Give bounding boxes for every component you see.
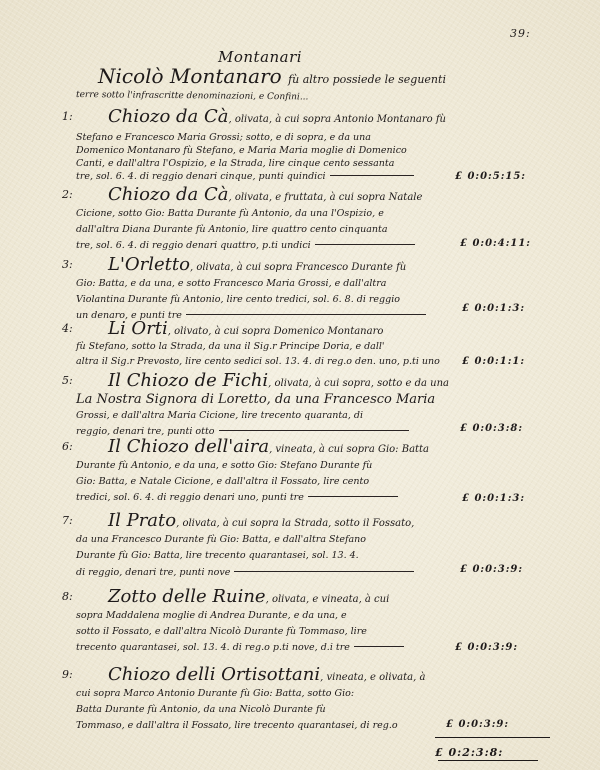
sum-rule-top	[435, 737, 550, 738]
entry-title-line: Zotto delle Ruine, olivata, e vineata, à…	[108, 586, 389, 607]
entry-title-rest: , olivata, à cui sopra, sotto e da una	[268, 378, 449, 389]
entry-title: Zotto delle Ruine	[108, 586, 266, 607]
entry-5-amount: £ 0:0:3:8:	[460, 423, 523, 434]
entry-title-rest: , olivata, à cui sopra la Strada, sotto …	[176, 518, 414, 529]
entry-2-amount: £ 0:0:4:11:	[460, 238, 531, 249]
entry-title-line: Il Chiozo dell'aira, vineata, à cui sopr…	[108, 436, 429, 457]
entry-line: Gio: Batta, e Natale Cicione, e dall'alt…	[76, 476, 369, 487]
entry-title: Chiozo da Cà	[108, 184, 228, 205]
entry-title-rest: , olivata, à cui sopra Antonio Montanaro…	[228, 114, 446, 125]
entry-number: 5:	[62, 374, 73, 387]
entry-line: La Nostra Signora di Loretto, da una Fra…	[76, 392, 435, 407]
entry-title-rest: , vineata, e olivata, à	[320, 672, 425, 683]
entry-title-line: Il Chiozo de Fichi, olivata, à cui sopra…	[108, 370, 449, 391]
entry-title-rest: , olivata, à cui sopra Francesco Durante…	[190, 262, 406, 273]
entry-line: Stefano e Francesco Maria Grossi; sotto,…	[76, 132, 371, 143]
entry-line: tre, sol. 6. 4. di reggio denari quattro…	[76, 240, 311, 251]
entry-title-line: L'Orletto, olivata, à cui sopra Francesc…	[108, 254, 406, 275]
entry-line: cui sopra Marco Antonio Durante fù Gio: …	[76, 688, 354, 699]
entry-number: 1:	[62, 110, 73, 123]
entry-line: altra il Sig.r Prevosto, lire cento sedi…	[76, 356, 440, 367]
entry-line: tre, sol. 6. 4. di reggio denari cinque,…	[76, 171, 326, 182]
entry-title-rest: , vineata, à cui sopra Gio: Batta	[269, 444, 429, 455]
entry-number: 4:	[62, 322, 73, 335]
entry-1-amount: £ 0:0:5:15:	[455, 171, 526, 182]
entry-title-line: Li Orti, olivato, à cui sopra Domenico M…	[108, 318, 383, 339]
entry-4-amount: £ 0:0:1:1:	[462, 356, 525, 367]
entry-3-amount: £ 0:0:1:3:	[462, 303, 525, 314]
leader-rule	[354, 646, 404, 647]
entry-title-line: Chiozo da Cà, olivata, e fruttata, à cui…	[108, 184, 422, 205]
entry-8-amount: £ 0:0:3:9:	[455, 642, 518, 653]
entry-line: Tommaso, e dall'altra il Fossato, lire t…	[76, 720, 398, 731]
entry-title: Il Prato	[108, 510, 176, 531]
entry-number: 3:	[62, 258, 73, 271]
entry-line: Durante fù Gio: Batta, lire trecento qua…	[76, 550, 359, 561]
entry-title-rest: , olivata, e vineata, à cui	[266, 594, 390, 605]
entry-title: Li Orti	[108, 318, 168, 339]
entry-title: Il Chiozo dell'aira	[108, 436, 269, 457]
entry-9-amount: £ 0:0:3:9:	[446, 719, 509, 730]
leader-rule	[330, 175, 414, 176]
entry-line: sopra Maddalena moglie di Andrea Durante…	[76, 610, 347, 621]
leader-rule	[315, 244, 415, 245]
entry-amount-line: tre, sol. 6. 4. di reggio denari cinque,…	[76, 171, 418, 182]
entry-line: Durante fù Antonio, e da una, e sotto Gi…	[76, 460, 372, 471]
entry-title-line: Chiozo delli Ortisottani, vineata, e oli…	[108, 664, 425, 685]
entry-amount-line: di reggio, denari tre, punti nove	[76, 567, 418, 578]
entry-line: sotto il Fossato, e dall'altra Nicolò Du…	[76, 626, 367, 637]
leader-rule	[234, 571, 414, 572]
entry-title-line: Il Prato, olivata, à cui sopra la Strada…	[108, 510, 414, 531]
entry-title: L'Orletto	[108, 254, 190, 275]
owner-name: Nicolò Montanaro	[98, 64, 282, 88]
entry-line: Batta Durante fù Antonio, da una Nicolò …	[76, 704, 326, 715]
sum-rule-bottom	[438, 760, 538, 761]
leader-rule	[186, 314, 426, 315]
leader-rule	[219, 430, 409, 431]
entry-title: Il Chiozo de Fichi	[108, 370, 268, 391]
entry-line: trecento quarantasei, sol. 13. 4. di reg…	[76, 642, 350, 653]
entry-line: di reggio, denari tre, punti nove	[76, 567, 230, 578]
page-number: 39:	[510, 27, 531, 40]
entry-line: Gio: Batta, e da una, e sotto Francesco …	[76, 278, 386, 289]
entry-number: 6:	[62, 440, 73, 453]
entry-title-rest: , olivata, e fruttata, à cui sopra Natal…	[228, 192, 422, 203]
entry-title-rest: , olivato, à cui sopra Domenico Montanar…	[168, 326, 384, 337]
entry-line: dall'altra Diana Durante fù Antonio, lir…	[76, 224, 388, 235]
entry-6-amount: £ 0:0:1:3:	[462, 493, 525, 504]
entry-number: 2:	[62, 188, 73, 201]
entry-amount-line: tredici, sol. 6. 4. di reggio denari uno…	[76, 492, 402, 503]
entry-title-line: Chiozo da Cà, olivata, à cui sopra Anton…	[108, 106, 446, 127]
entry-line: Grossi, e dall'altra Maria Cicione, lire…	[76, 410, 363, 421]
page-total: £ 0:2:3:8:	[435, 746, 503, 759]
entry-line: da una Francesco Durante fù Gio: Batta, …	[76, 534, 366, 545]
entry-line: Violantina Durante fù Antonio, lire cent…	[76, 294, 400, 305]
manuscript-page: 39: Montanari Nicolò Montanaro fù altro …	[0, 0, 600, 770]
entry-number: 7:	[62, 514, 73, 527]
owner-heading-rest: fù altro possiede le seguenti	[288, 73, 446, 86]
entry-line: Canti, e dall'altra l'Ospizio, e la Stra…	[76, 158, 394, 169]
entry-title: Chiozo delli Ortisottani	[108, 664, 320, 685]
entry-title: Chiozo da Cà	[108, 106, 228, 127]
entry-line: tredici, sol. 6. 4. di reggio denari uno…	[76, 492, 304, 503]
entry-number: 9:	[62, 668, 73, 681]
owner-heading: Nicolò Montanaro fù altro possiede le se…	[98, 64, 446, 88]
entry-amount-line: trecento quarantasei, sol. 13. 4. di reg…	[76, 642, 408, 653]
intro-line: terre sotto l'infrascritte denominazioni…	[76, 90, 309, 102]
leader-rule	[308, 496, 398, 497]
entry-line: Cicione, sotto Gio: Batta Durante fù Ant…	[76, 208, 384, 219]
entry-line: Domenico Montanaro fù Stefano, e Maria M…	[76, 145, 407, 156]
entry-line: fù Stefano, sotto la Strada, da una il S…	[76, 341, 385, 352]
entry-7-amount: £ 0:0:3:9:	[460, 564, 523, 575]
entry-amount-line: tre, sol. 6. 4. di reggio denari quattro…	[76, 240, 419, 251]
entry-number: 8:	[62, 590, 73, 603]
